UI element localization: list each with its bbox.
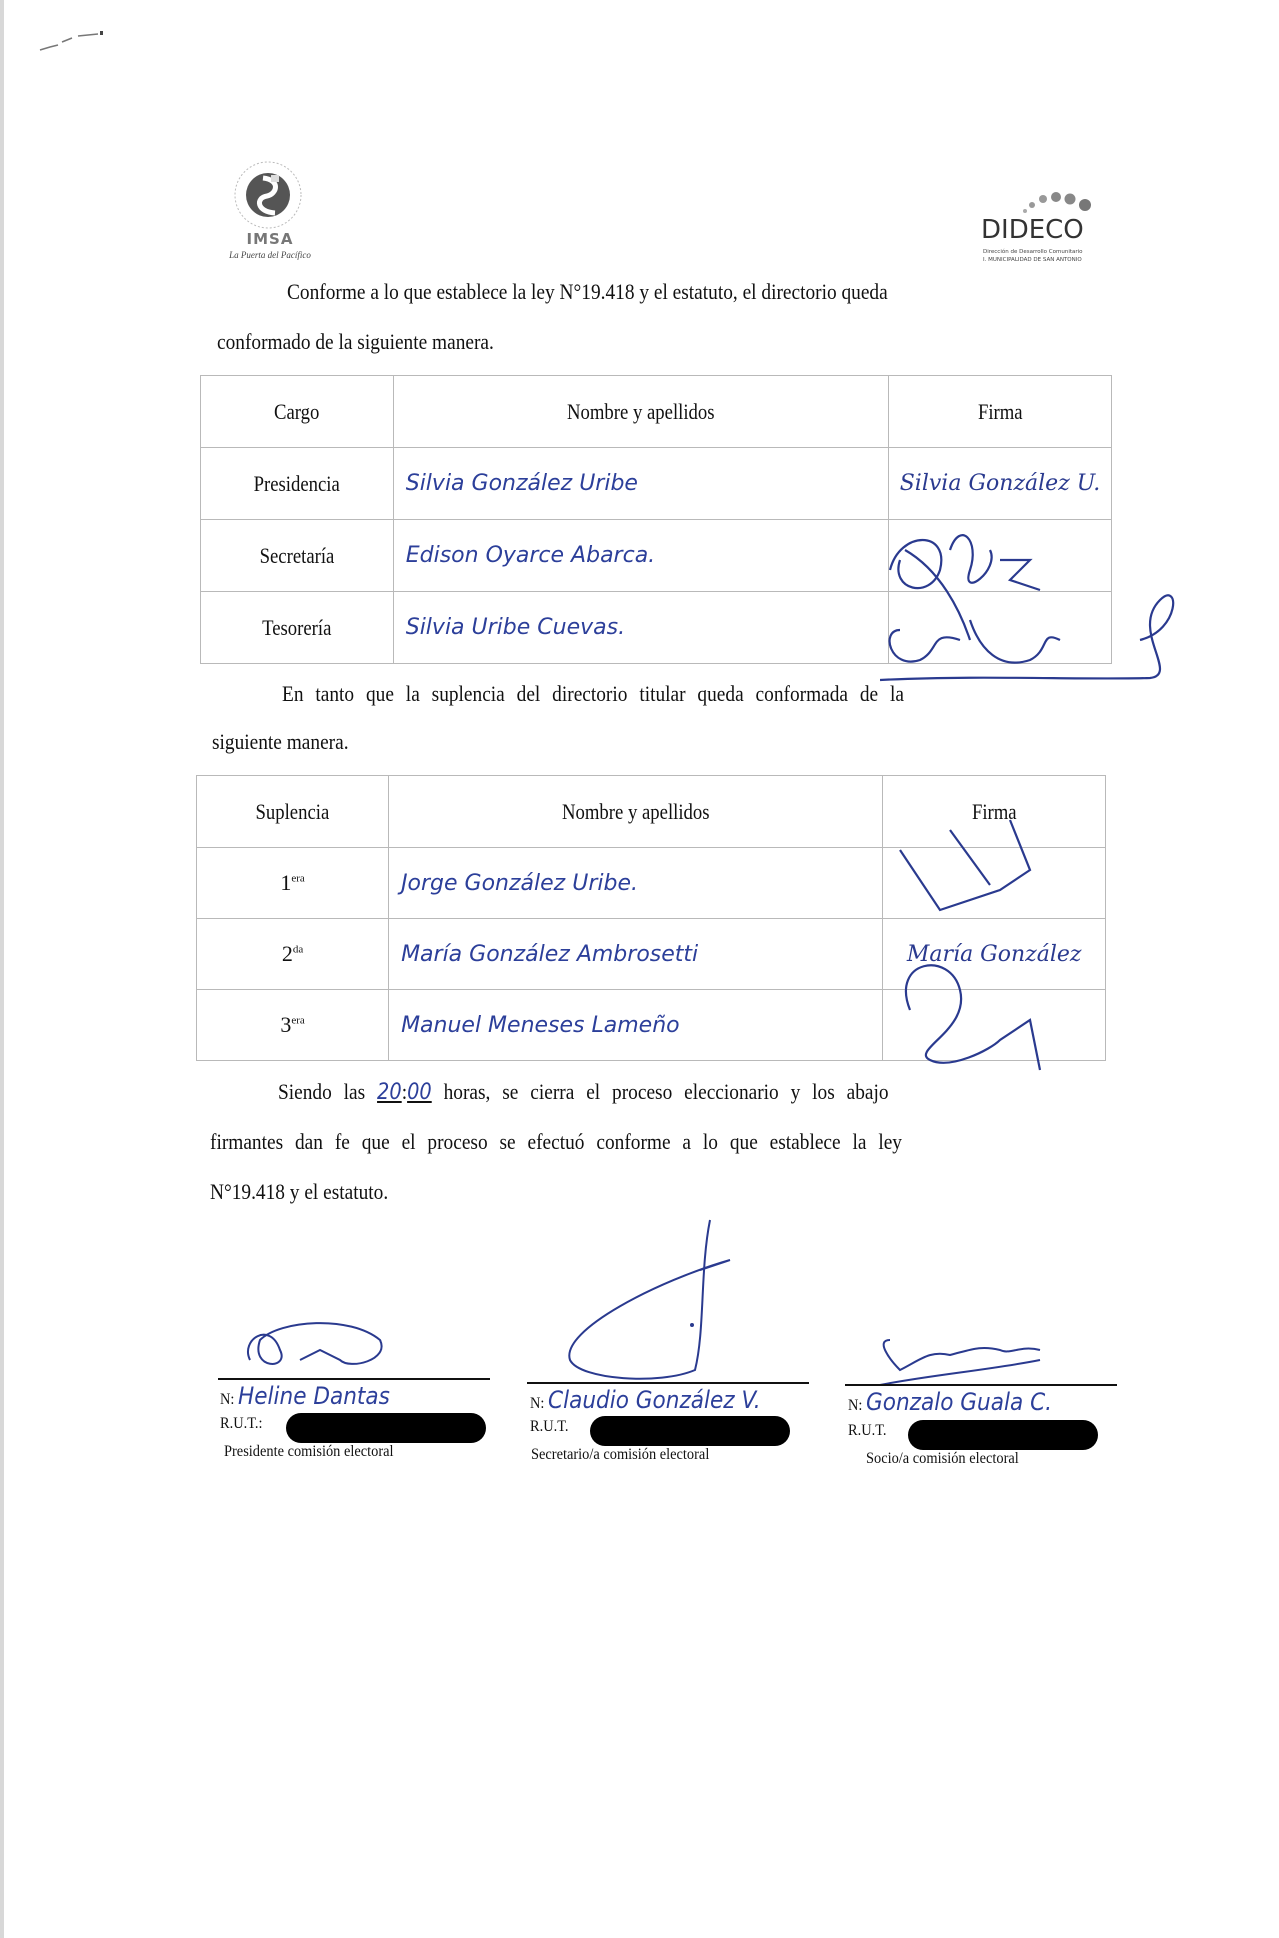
dideco-subtitle-2: I. MUNICIPALIDAD DE SAN ANTONIO xyxy=(983,257,1082,263)
suplencia-cell: 2da xyxy=(197,919,389,990)
signatory-name-row: N: Heline Dantas xyxy=(220,1382,390,1410)
signatory-name: Claudio González V. xyxy=(548,1386,761,1414)
signatory-rut-label: R.U.T.: xyxy=(220,1415,263,1433)
suplencia-cell: 3era xyxy=(197,990,389,1061)
table-header-row: Cargo Nombre y apellidos Firma xyxy=(201,376,1112,448)
scan-edge xyxy=(0,0,4,1938)
closing-line-1: Siendo las 20:00 horas, se cierra el pro… xyxy=(278,1068,889,1117)
cargo-cell: Secretaría xyxy=(201,520,394,592)
signatory-role: Presidente comisión electoral xyxy=(224,1443,394,1461)
nombre-cell: María González Ambrosetti xyxy=(389,919,883,990)
scan-artifact xyxy=(38,28,108,54)
closing-minute: 00 xyxy=(407,1080,432,1105)
nombre-cell: Jorge González Uribe. xyxy=(389,848,883,919)
signatory-role: Socio/a comisión electoral xyxy=(866,1450,1019,1468)
header-suplencia: Suplencia xyxy=(197,776,389,848)
closing-prefix: Siendo las xyxy=(278,1079,365,1104)
table-row: Presidencia Silvia González Uribe Silvia… xyxy=(201,448,1112,520)
signatory-rut-label: R.U.T. xyxy=(848,1422,887,1440)
signatory-name: Gonzalo Guala C. xyxy=(866,1388,1052,1416)
imsa-tagline: La Puerta del Pacífico xyxy=(207,250,333,260)
suplencia-intro-line-2: siguiente manera. xyxy=(212,718,349,766)
intro-line-2: conformado de la siguiente manera. xyxy=(217,318,494,366)
suplencia-intro-line-1: En tanto que la suplencia del directorio… xyxy=(282,670,904,718)
signature-line-socio xyxy=(845,1384,1117,1386)
signatory-name-row: N: Claudio González V. xyxy=(530,1386,761,1414)
signature-presidente xyxy=(230,1310,390,1380)
cargo-cell: Presidencia xyxy=(201,448,394,520)
suplencia-cell: 1era xyxy=(197,848,389,919)
nombre-cell: Silvia Uribe Cuevas. xyxy=(393,592,888,664)
signature-line-presidente xyxy=(218,1378,490,1380)
nombre-cell: Silvia González Uribe xyxy=(393,448,888,520)
firma-cell: Silvia González U. xyxy=(889,448,1112,520)
signatory-rut-label: R.U.T. xyxy=(530,1418,569,1436)
signatory-role: Secretario/a comisión electoral xyxy=(531,1446,709,1464)
closing-hour: 20 xyxy=(377,1080,402,1105)
closing-line-3: N°19.418 y el estatuto. xyxy=(210,1168,388,1216)
signature-scribble-suplencia xyxy=(890,810,1120,1080)
nombre-cell: Edison Oyarce Abarca. xyxy=(393,520,888,592)
header-cargo: Cargo xyxy=(201,376,394,448)
signature-secretario xyxy=(560,1210,740,1380)
redacted-rut xyxy=(908,1420,1098,1450)
closing-suffix: horas, se cierra el proceso eleccionario… xyxy=(444,1079,889,1104)
redacted-rut xyxy=(590,1416,790,1446)
closing-line-2: firmantes dan fe que el proceso se efect… xyxy=(210,1118,902,1166)
signature-line-secretario xyxy=(527,1382,809,1384)
imsa-emblem-icon xyxy=(233,160,303,230)
imsa-name: IMSA xyxy=(215,230,325,248)
header-nombre: Nombre y apellidos xyxy=(393,376,888,448)
signature-scribble-secretaria-tesoreria xyxy=(880,510,1200,690)
intro-line-1: Conforme a lo que establece la ley N°19.… xyxy=(287,268,888,316)
dideco-subtitle-1: Dirección de Desarrollo Comunitario xyxy=(983,249,1083,255)
imsa-logo: IMSA La Puerta del Pacífico xyxy=(215,150,325,260)
signatory-name-row: N: Gonzalo Guala C. xyxy=(848,1388,1052,1416)
redacted-rut xyxy=(286,1413,486,1443)
cargo-cell: Tesorería xyxy=(201,592,394,664)
nombre-cell: Manuel Meneses Lameño xyxy=(389,990,883,1061)
dideco-name: DIDECO xyxy=(981,215,1084,245)
dideco-logo: DIDECO Dirección de Desarrollo Comunitar… xyxy=(975,185,1115,270)
header-nombre: Nombre y apellidos xyxy=(389,776,883,848)
dideco-dots-icon xyxy=(1005,185,1105,215)
signatory-name: Heline Dantas xyxy=(238,1382,390,1410)
signature-socio xyxy=(870,1330,1090,1390)
header-firma: Firma xyxy=(889,376,1112,448)
